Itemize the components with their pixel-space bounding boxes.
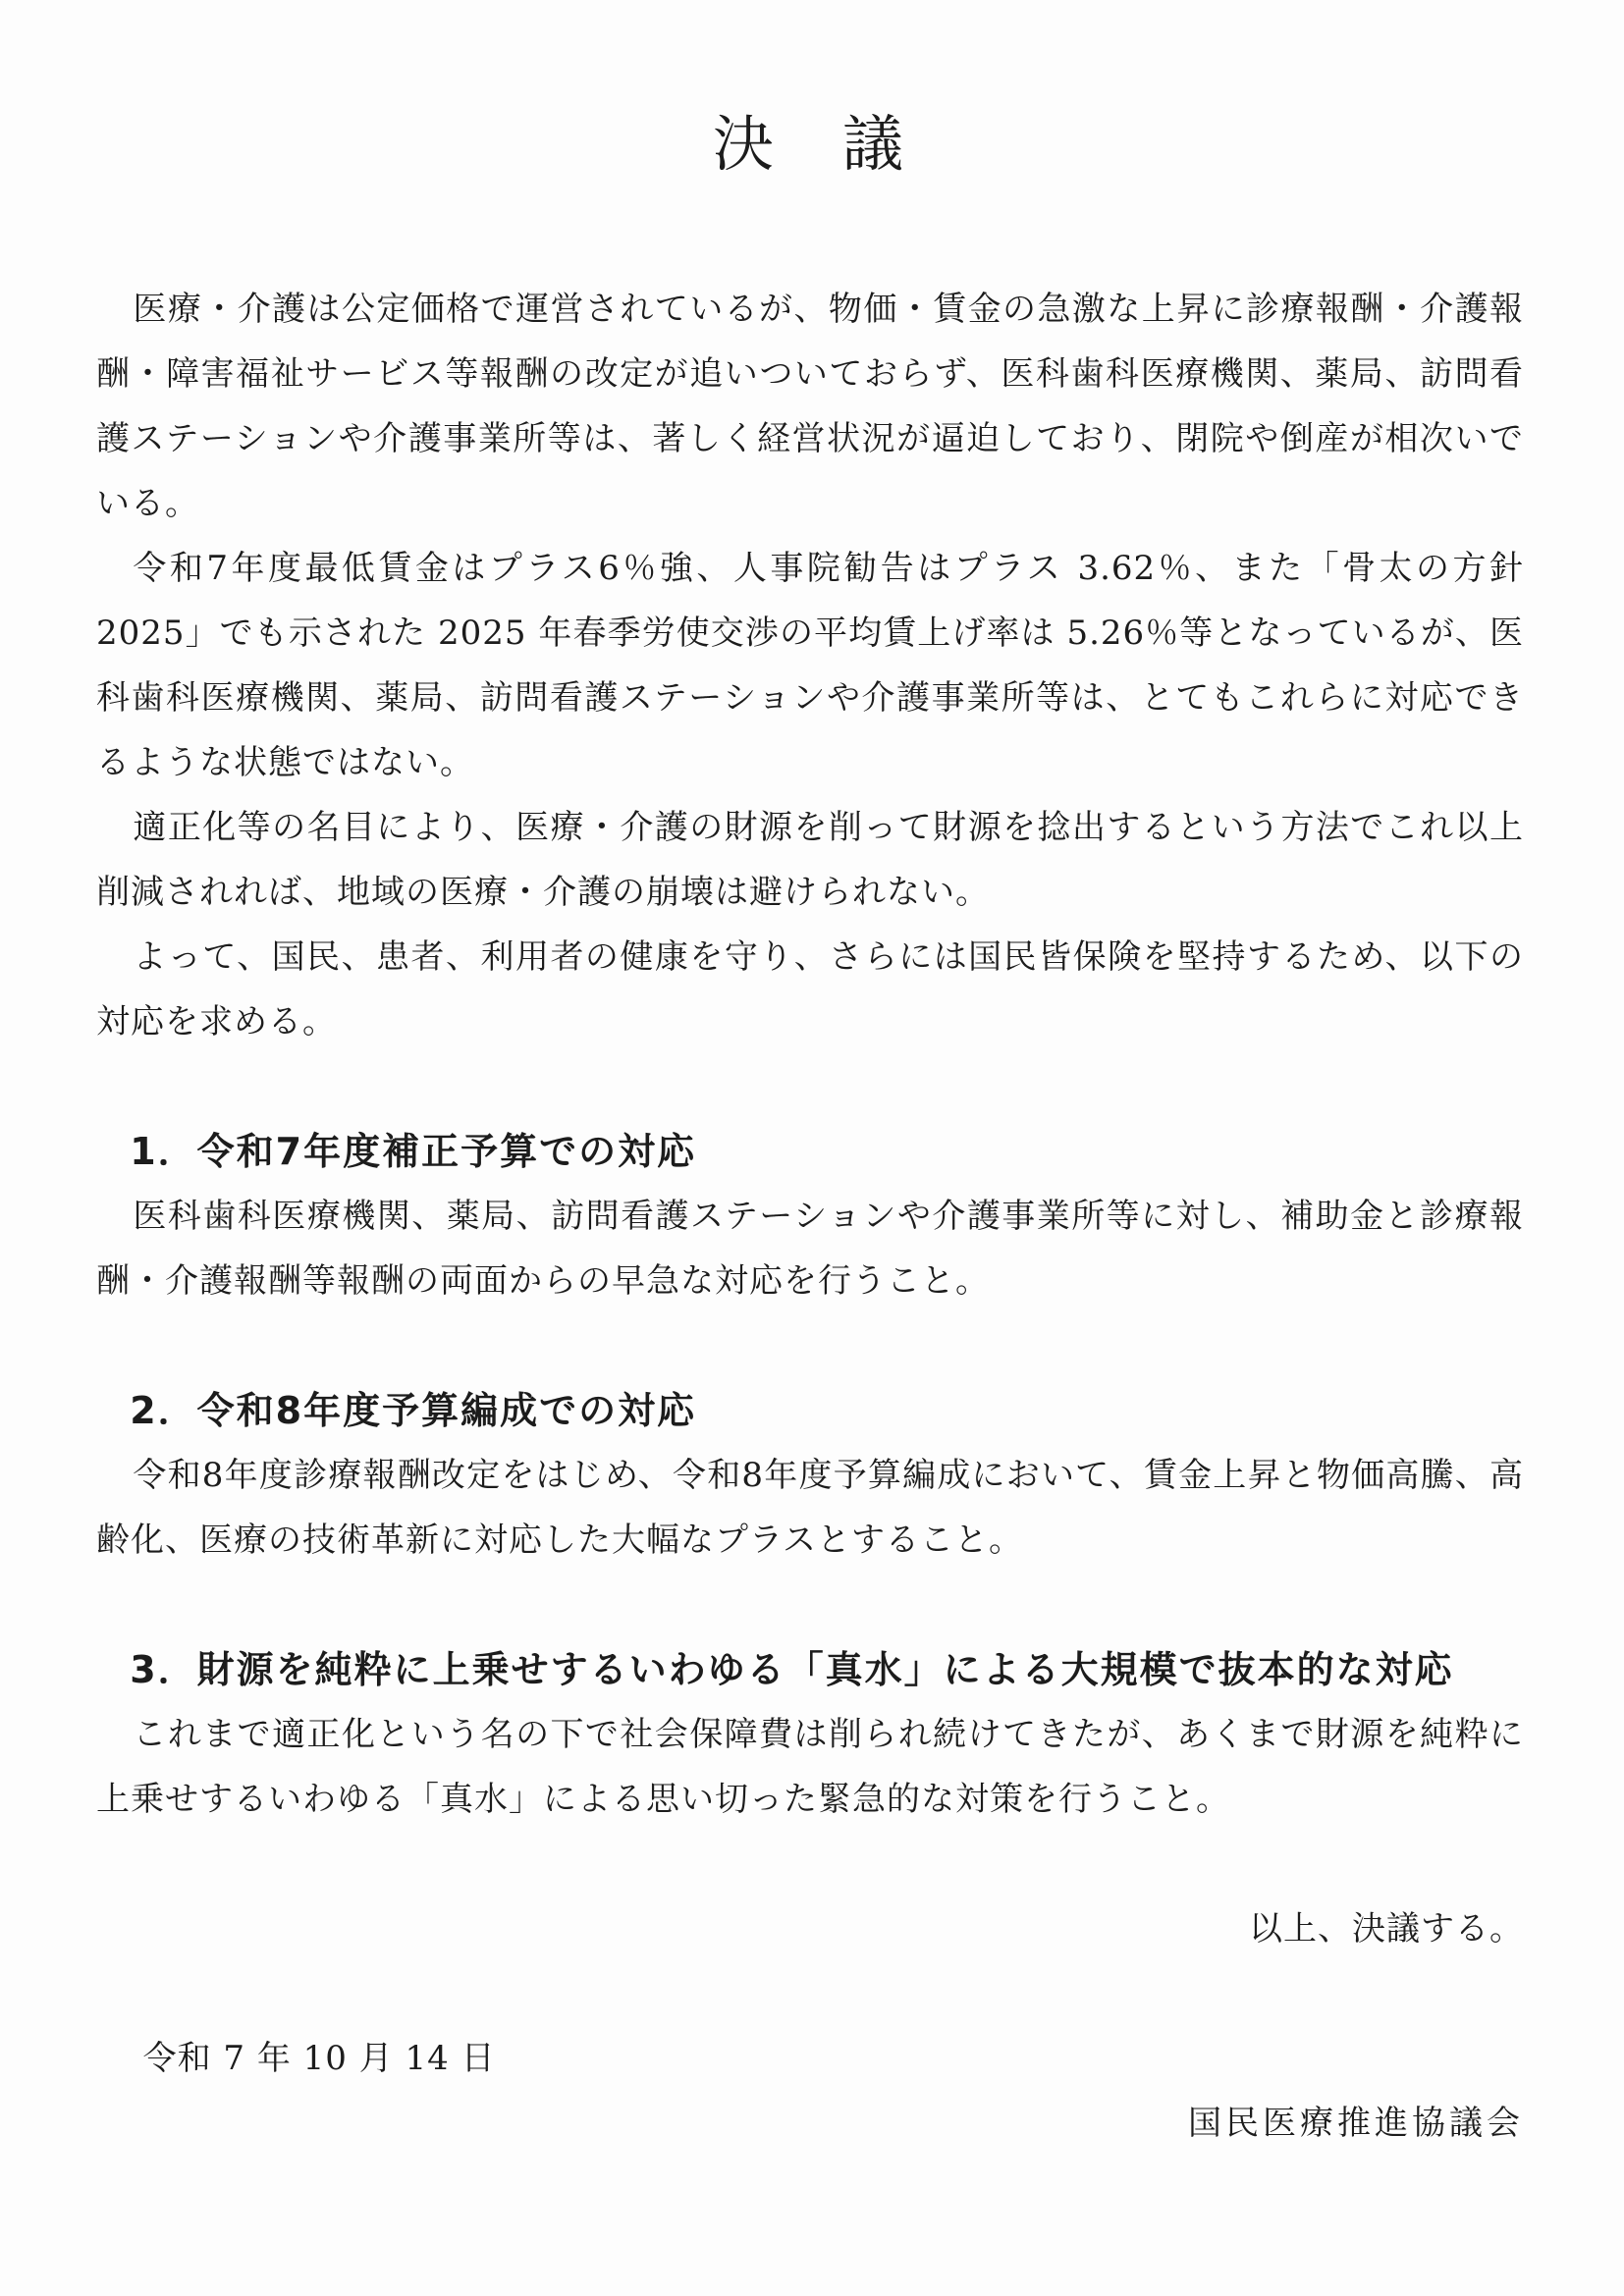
organization-name: 国民医療推進協議会 (96, 2091, 1524, 2156)
section-3-body: これまで適正化という名の下で社会保障費は削られ続けてきたが、あくまで財源を純粋に… (96, 1702, 1524, 1832)
document-date: 令和 7 年 10 月 14 日 (96, 2026, 1524, 2091)
section-2-budget-formation: 2．令和8年度予算編成での対応 令和8年度診療報酬改定をはじめ、令和8年度予算編… (96, 1378, 1524, 1573)
preamble-paragraph-2: 令和7年度最低賃金はプラス6％強、人事院勧告はプラス 3.62％、また「骨太の方… (96, 536, 1524, 795)
closing-statement: 以上、決議する。 (96, 1896, 1524, 1961)
section-2-heading: 2．令和8年度予算編成での対応 (96, 1378, 1524, 1443)
section-1-heading: 1．令和7年度補正予算での対応 (96, 1119, 1524, 1184)
preamble: 医療・介護は公定価格で運営されているが、物価・賃金の急激な上昇に診療報酬・介護報… (96, 277, 1524, 1054)
preamble-paragraph-1: 医療・介護は公定価格で運営されているが、物価・賃金の急激な上昇に診療報酬・介護報… (96, 277, 1524, 536)
section-2-body: 令和8年度診療報酬改定をはじめ、令和8年度予算編成において、賃金上昇と物価高騰、… (96, 1443, 1524, 1573)
section-3-heading: 3．財源を純粋に上乗せするいわゆる「真水」による大規模で抜本的な対応 (96, 1637, 1524, 1702)
preamble-paragraph-3: 適正化等の名目により、医療・介護の財源を削って財源を捻出するという方法でこれ以上… (96, 795, 1524, 925)
preamble-paragraph-4: よって、国民、患者、利用者の健康を守り、さらには国民皆保険を堅持するため、以下の… (96, 925, 1524, 1054)
resolution-document: 決 議 医療・介護は公定価格で運営されているが、物価・賃金の急激な上昇に診療報酬… (0, 0, 1624, 2296)
section-1-body: 医科歯科医療機関、薬局、訪問看護ステーションや介護事業所等に対し、補助金と診療報… (96, 1184, 1524, 1313)
section-1-supplementary-budget: 1．令和7年度補正予算での対応 医科歯科医療機関、薬局、訪問看護ステーションや介… (96, 1119, 1524, 1313)
section-3-pure-funding: 3．財源を純粋に上乗せするいわゆる「真水」による大規模で抜本的な対応 これまで適… (96, 1637, 1524, 1832)
document-title: 決 議 (96, 0, 1524, 183)
